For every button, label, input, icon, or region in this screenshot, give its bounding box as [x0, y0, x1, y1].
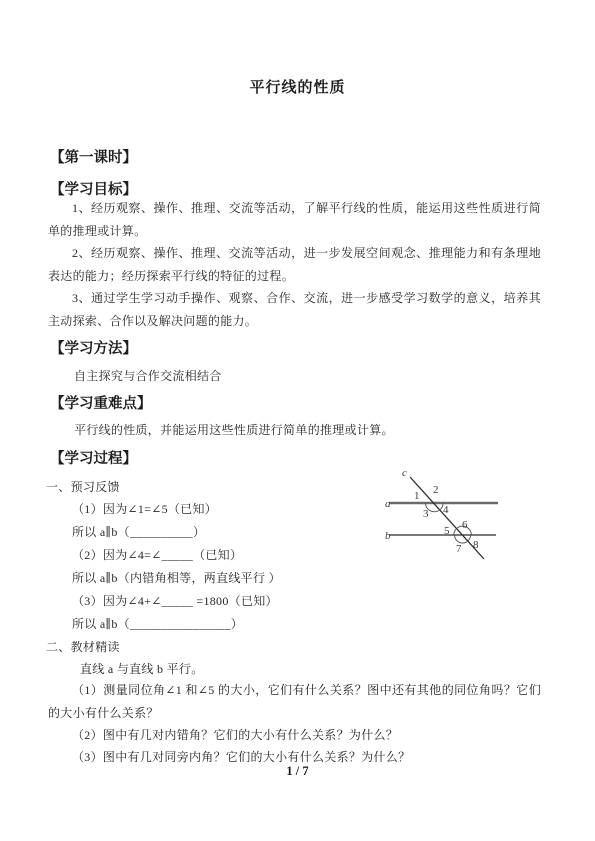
label-angle-4: 4 [443, 504, 449, 516]
part2-question-1: （1）测量同位角∠1 和∠5 的大小，它们有什么关系？图中还有其他的同位角吗？它… [48, 679, 541, 724]
part2-question-2: （2）图中有几对内错角？它们的大小有什么关系？为什么？ [48, 724, 541, 747]
part2-intro: 直线 a 与直线 b 平行。 [80, 661, 204, 677]
heading-session: 【第一课时】 [50, 146, 137, 167]
label-angle-2: 2 [433, 484, 439, 496]
heading-learning-process: 【学习过程】 [50, 447, 137, 468]
page-title: 平行线的性质 [0, 76, 595, 97]
parallel-lines-figure: c a b 1 2 3 4 5 6 7 8 [383, 458, 507, 570]
label-angle-7: 7 [456, 543, 462, 555]
key-points-text: 平行线的性质，并能运用这些性质进行简单的推理或计算。 [74, 422, 394, 438]
goal-item-1: 1、经历观察、操作、推理、交流等活动，了解平行线的性质，能运用这些性质进行简单的… [48, 197, 541, 242]
label-angle-6: 6 [462, 519, 468, 531]
label-line-c: c [402, 467, 407, 479]
label-line-b: b [385, 530, 391, 542]
label-angle-5: 5 [444, 525, 450, 537]
page-number: 1 / 7 [0, 764, 595, 779]
heading-learning-methods: 【学习方法】 [50, 337, 137, 358]
learning-methods-text: 自主探究与合作交流相结合 [74, 368, 222, 384]
label-line-a: a [385, 498, 391, 510]
label-angle-1: 1 [414, 490, 420, 502]
part1-item-6: 所以 a∥b（________________） [72, 616, 243, 632]
part1-item-3: （2）因为∠4=∠_____（已知） [72, 547, 242, 563]
part1-heading: 一、预习反馈 [46, 479, 120, 495]
document-page: 平行线的性质 【第一课时】 【学习目标】 1、经历观察、操作、推理、交流等活动，… [0, 0, 595, 841]
heading-key-points: 【学习重难点】 [50, 392, 152, 413]
part2-heading: 二、教材精读 [46, 639, 120, 655]
part1-item-5: （3）因为∠4+∠_____ =1800（已知） [72, 593, 278, 609]
label-angle-8: 8 [473, 539, 479, 551]
goal-item-3: 3、通过学生学习动手操作、观察、合作、交流，进一步感受学习数学的意义，培养其主动… [48, 287, 541, 332]
part1-item-4: 所以 a∥b（内错角相等，两直线平行 ） [72, 570, 281, 586]
goal-item-2: 2、经历观察、操作、推理、交流等活动，进一步发展空间观念、推理能力和有条理地表达… [48, 242, 541, 287]
part1-item-1: （1）因为∠1=∠5（已知） [72, 501, 217, 517]
part1-item-2: 所以 a∥b（__________） [72, 524, 205, 540]
heading-learning-goals: 【学习目标】 [50, 178, 137, 199]
label-angle-3: 3 [423, 508, 429, 520]
